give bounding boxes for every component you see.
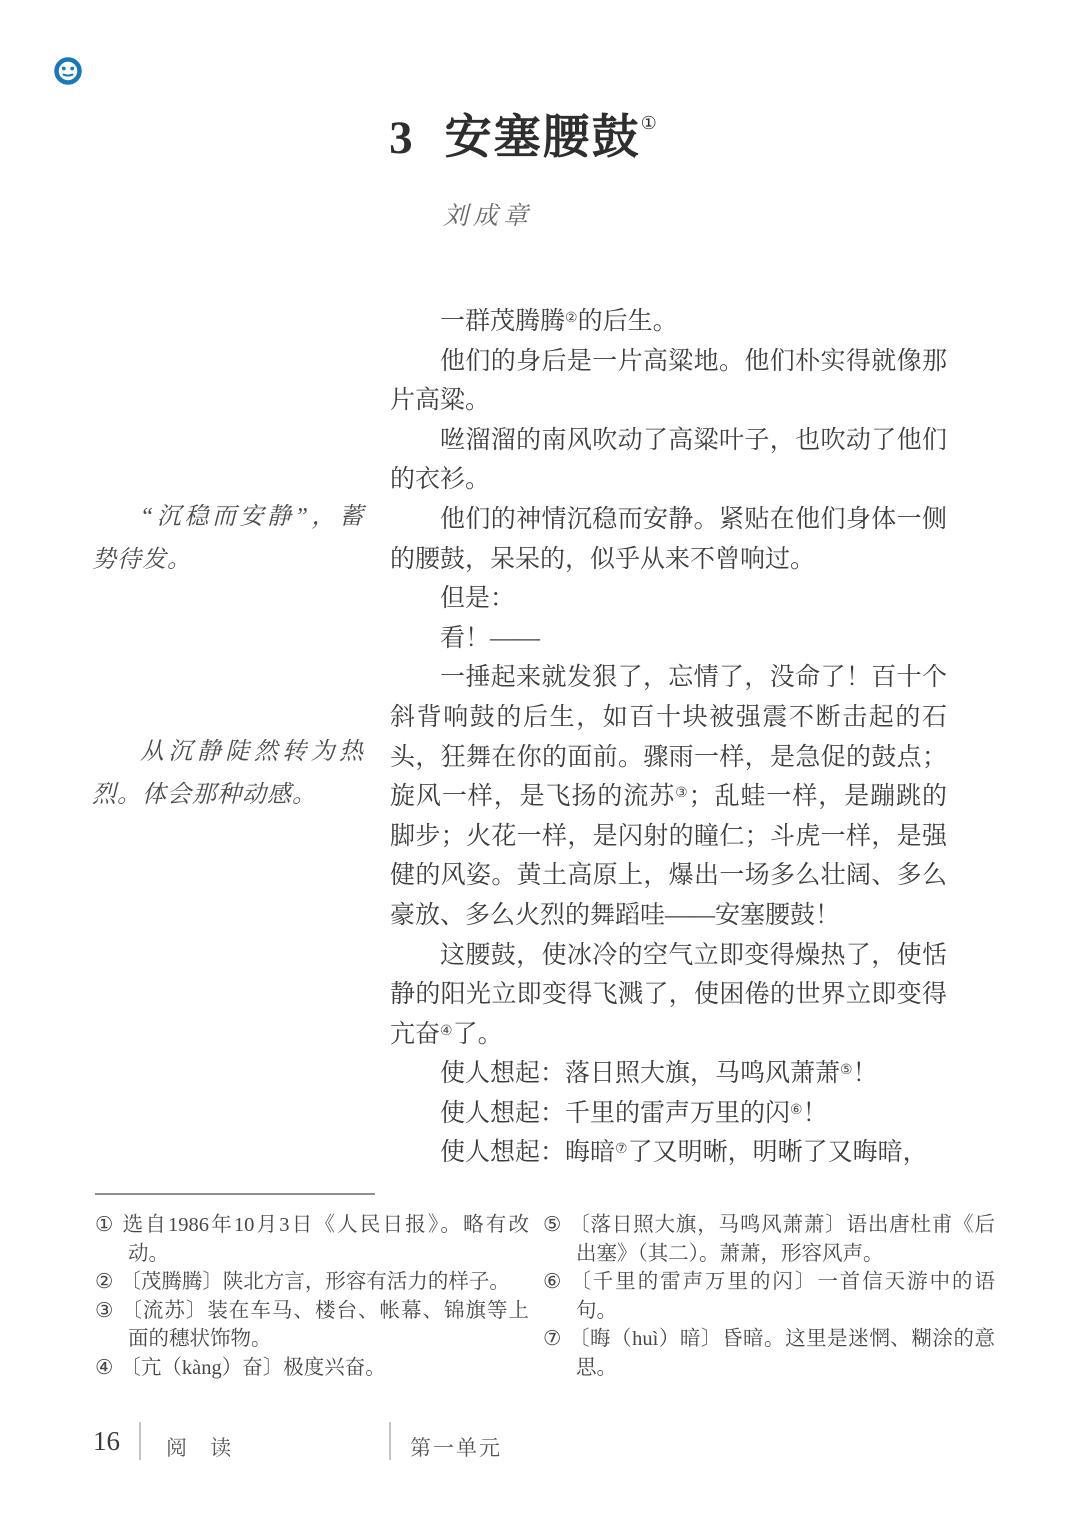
body-paragraph: 使人想起：千里的雷声万里的闪⑥！ bbox=[390, 1094, 947, 1134]
footnote-text: 〔流苏〕装在车马、楼台、帐幕、锦旗等上面的穗状饰物。 bbox=[121, 1300, 529, 1351]
lesson-title: 3安塞腰鼓① bbox=[0, 100, 1046, 167]
footnote-item: ④〔亢（kàng）奋〕极度兴奋。 bbox=[95, 1354, 529, 1383]
author-name: 刘成章 bbox=[0, 196, 976, 232]
footer-divider bbox=[389, 1422, 391, 1460]
footer-divider bbox=[139, 1422, 141, 1460]
footer-unit-label: 第一单元 bbox=[410, 1432, 502, 1462]
footnotes-left-column: ①选自1986年10月3日《人民日报》。略有改动。 ②〔茂腾腾〕陕北方言，形容有… bbox=[95, 1211, 529, 1383]
footnote-item: ⑥〔千里的雷声万里的闪〕一首信天游中的语句。 bbox=[543, 1268, 995, 1325]
footnote-item: ②〔茂腾腾〕陕北方言，形容有活力的样子。 bbox=[95, 1268, 529, 1297]
footnote-text: 〔茂腾腾〕陕北方言，形容有活力的样子。 bbox=[120, 1271, 510, 1293]
footnote-number: ① bbox=[95, 1214, 116, 1236]
footnote-number: ④ bbox=[95, 1357, 113, 1379]
footnote-item: ⑤〔落日照大旗，马鸣风萧萧〕语出唐杜甫《后出塞》（其二）。萧萧，形容风声。 bbox=[543, 1211, 995, 1268]
footnote-text: 选自1986年10月3日《人民日报》。略有改动。 bbox=[123, 1214, 529, 1265]
footnote-item: ③〔流苏〕装在车马、楼台、帐幕、锦旗等上面的穗状饰物。 bbox=[95, 1297, 529, 1354]
body-paragraph: 使人想起：落日照大旗，马鸣风萧萧⑤！ bbox=[390, 1054, 947, 1094]
textbook-page: 3安塞腰鼓① 刘成章 “沉稳而安静”，蓄势待发。 从沉静陡然转为热烈。体会那种动… bbox=[0, 0, 1080, 1526]
body-paragraph: 他们的神情沉稳而安静。紧贴在他们身体一侧的腰鼓，呆呆的，似乎从来不曾响过。 bbox=[390, 500, 947, 579]
footnote-text: 〔亢（kàng）奋〕极度兴奋。 bbox=[120, 1357, 385, 1379]
footnote-item: ①选自1986年10月3日《人民日报》。略有改动。 bbox=[95, 1211, 529, 1268]
body-paragraph: 但是： bbox=[390, 579, 947, 619]
footnote-number: ⑥ bbox=[543, 1271, 563, 1293]
body-paragraph: 看！—— bbox=[390, 619, 947, 659]
lesson-number: 3 bbox=[389, 112, 415, 164]
footer-section-label: 阅 读 bbox=[166, 1432, 240, 1462]
body-paragraph: 这腰鼓，使冰冷的空气立即变得燥热了，使恬静的阳光立即变得飞溅了，使困倦的世界立即… bbox=[390, 936, 947, 1055]
footnote-divider bbox=[95, 1193, 375, 1195]
body-paragraph: 咝溜溜的南风吹动了高粱叶子，也吹动了他们的衣衫。 bbox=[390, 421, 947, 500]
footnote-text: 〔晦（huì）暗〕昏暗。这里是迷惘、糊涂的意思。 bbox=[569, 1328, 995, 1379]
footnotes-right-column: ⑤〔落日照大旗，马鸣风萧萧〕语出唐杜甫《后出塞》（其二）。萧萧，形容风声。 ⑥〔… bbox=[543, 1211, 995, 1383]
footnote-number: ② bbox=[95, 1271, 113, 1293]
lesson-title-text: 安塞腰鼓 bbox=[445, 112, 641, 164]
body-paragraph: 他们的身后是一片高粱地。他们朴实得就像那片高粱。 bbox=[390, 342, 947, 421]
smiley-face-icon bbox=[54, 57, 82, 85]
footnote-text: 〔千里的雷声万里的闪〕一首信天游中的语句。 bbox=[570, 1271, 995, 1322]
page-number: 16 bbox=[93, 1426, 120, 1457]
footnote-number: ⑤ bbox=[543, 1214, 562, 1236]
body-paragraph: 使人想起：晦暗⑦了又明晰，明晰了又晦暗， bbox=[390, 1133, 947, 1173]
body-paragraph: 一群茂腾腾②的后生。 bbox=[390, 302, 947, 342]
footnote-number: ⑦ bbox=[543, 1328, 562, 1350]
footnote-item: ⑦〔晦（huì）暗〕昏暗。这里是迷惘、糊涂的意思。 bbox=[543, 1325, 995, 1382]
footnote-text: 〔落日照大旗，马鸣风萧萧〕语出唐杜甫《后出塞》（其二）。萧萧，形容风声。 bbox=[569, 1214, 995, 1265]
body-text-column: 一群茂腾腾②的后生。 他们的身后是一片高粱地。他们朴实得就像那片高粱。 咝溜溜的… bbox=[390, 302, 947, 1173]
margin-note: “沉稳而安静”，蓄势待发。 bbox=[92, 496, 364, 582]
body-paragraph: 一捶起来就发狠了，忘情了，没命了！百十个斜背响鼓的后生，如百十块被强震不断击起的… bbox=[390, 658, 947, 935]
margin-note: 从沉静陡然转为热烈。体会那种动感。 bbox=[92, 731, 364, 817]
footnote-number: ③ bbox=[95, 1300, 114, 1322]
title-footnote-ref: ① bbox=[641, 113, 657, 133]
